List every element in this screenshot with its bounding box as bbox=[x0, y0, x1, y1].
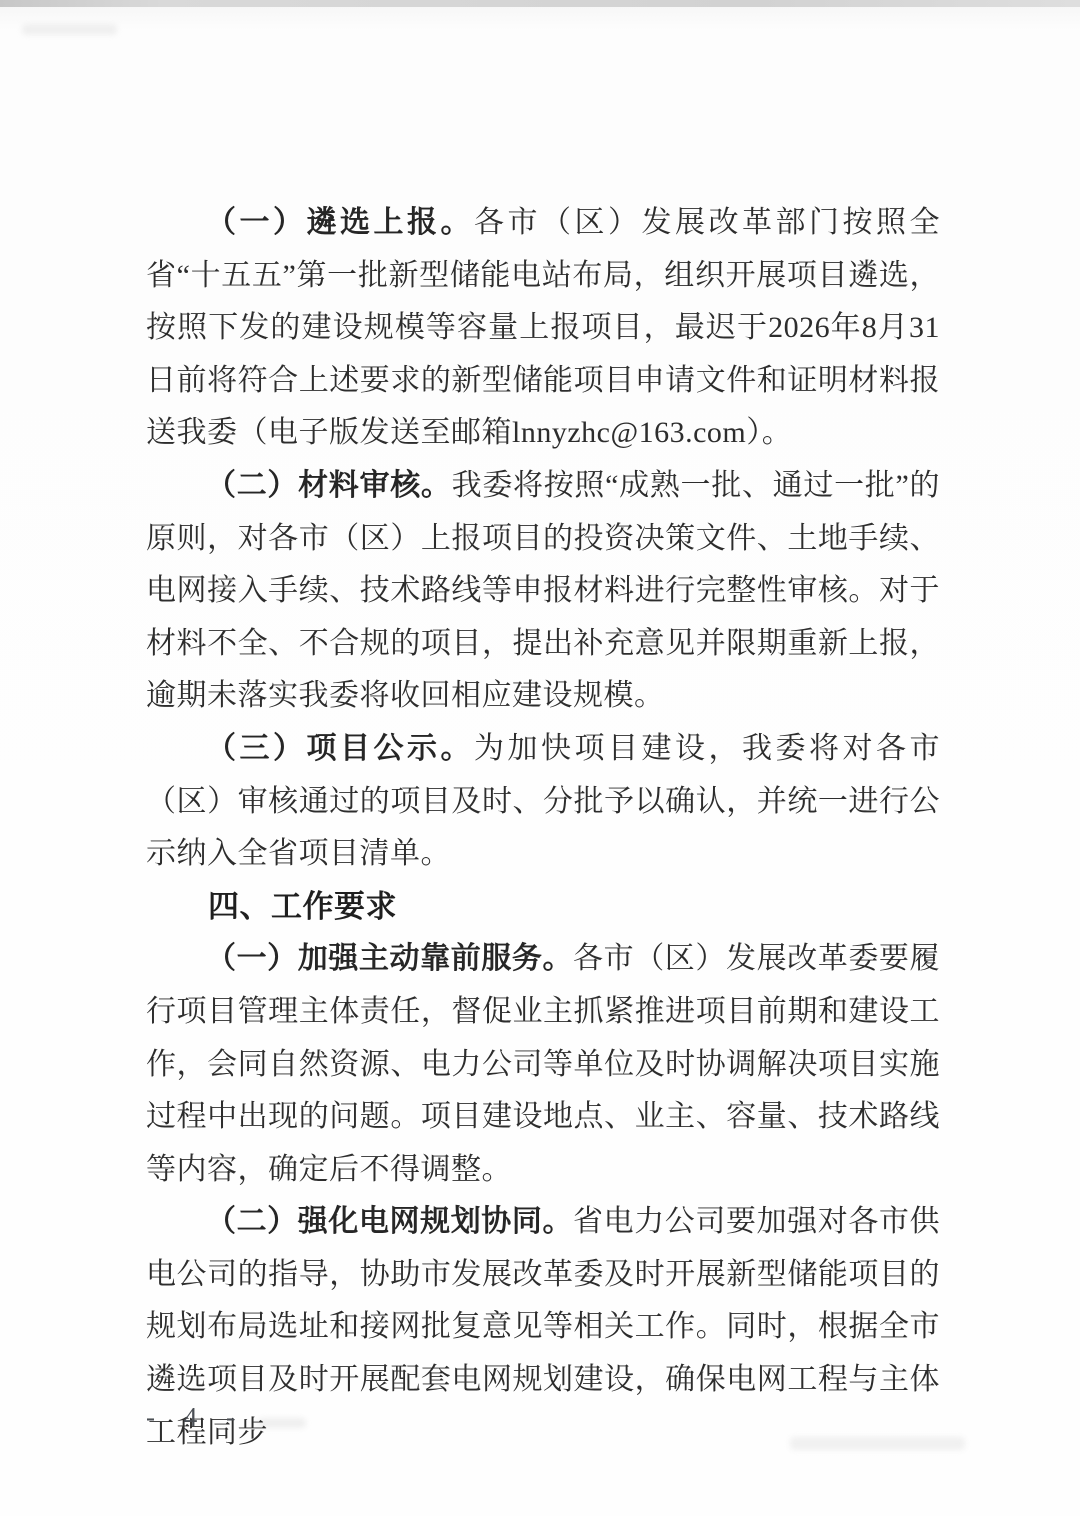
paragraph-lead: （一）加强主动靠前服务。 bbox=[206, 942, 573, 975]
paragraph-proactive-service: （一）加强主动靠前服务。各市（区）发展改革委要履行项目管理主体责任，督促业主抓紧… bbox=[146, 933, 940, 1196]
paragraph-lead: （一）遴选上报。 bbox=[206, 206, 474, 239]
scanned-document-page: （一）遴选上报。各市（区）发展改革部门按照全省“十五五”第一批新型储能电站布局，… bbox=[0, 0, 1080, 1516]
document-body: （一）遴选上报。各市（区）发展改革部门按照全省“十五五”第一批新型储能电站布局，… bbox=[146, 197, 940, 1459]
paragraph-material-review: （二）材料审核。我委将按照“成熟一批、通过一批”的原则，对各市（区）上报项目的投… bbox=[146, 460, 940, 723]
paragraph-text: 省电力公司要加强对各市供电公司的指导，协助市发展改革委及时开展新型储能项目的规划… bbox=[146, 1205, 940, 1448]
paragraph-lead: （二）强化电网规划协同。 bbox=[206, 1205, 573, 1238]
scan-smudge-artifact bbox=[22, 24, 117, 35]
page-number: - 4 - bbox=[146, 1402, 246, 1433]
paragraph-text: 各市（区）发展改革部门按照全省“十五五”第一批新型储能电站布局，组织开展项目遴选… bbox=[146, 206, 940, 449]
paragraph-selection-reporting: （一）遴选上报。各市（区）发展改革部门按照全省“十五五”第一批新型储能电站布局，… bbox=[146, 197, 940, 460]
paragraph-text: 各市（区）发展改革委要履行项目管理主体责任，督促业主抓紧推进项目前期和建设工作，… bbox=[146, 942, 940, 1185]
section-heading-work-requirements: 四、工作要求 bbox=[146, 881, 940, 934]
paragraph-grid-planning-coordination: （二）强化电网规划协同。省电力公司要加强对各市供电公司的指导，协助市发展改革委及… bbox=[146, 1196, 940, 1459]
scan-edge-artifact bbox=[0, 0, 1080, 7]
paragraph-lead: （三）项目公示。 bbox=[206, 732, 474, 765]
paragraph-project-publicity: （三）项目公示。为加快项目建设，我委将对各市（区）审核通过的项目及时、分批予以确… bbox=[146, 723, 940, 881]
paragraph-text: 我委将按照“成熟一批、通过一批”的原则，对各市（区）上报项目的投资决策文件、土地… bbox=[146, 469, 940, 712]
paragraph-lead: （二）材料审核。 bbox=[206, 469, 452, 502]
